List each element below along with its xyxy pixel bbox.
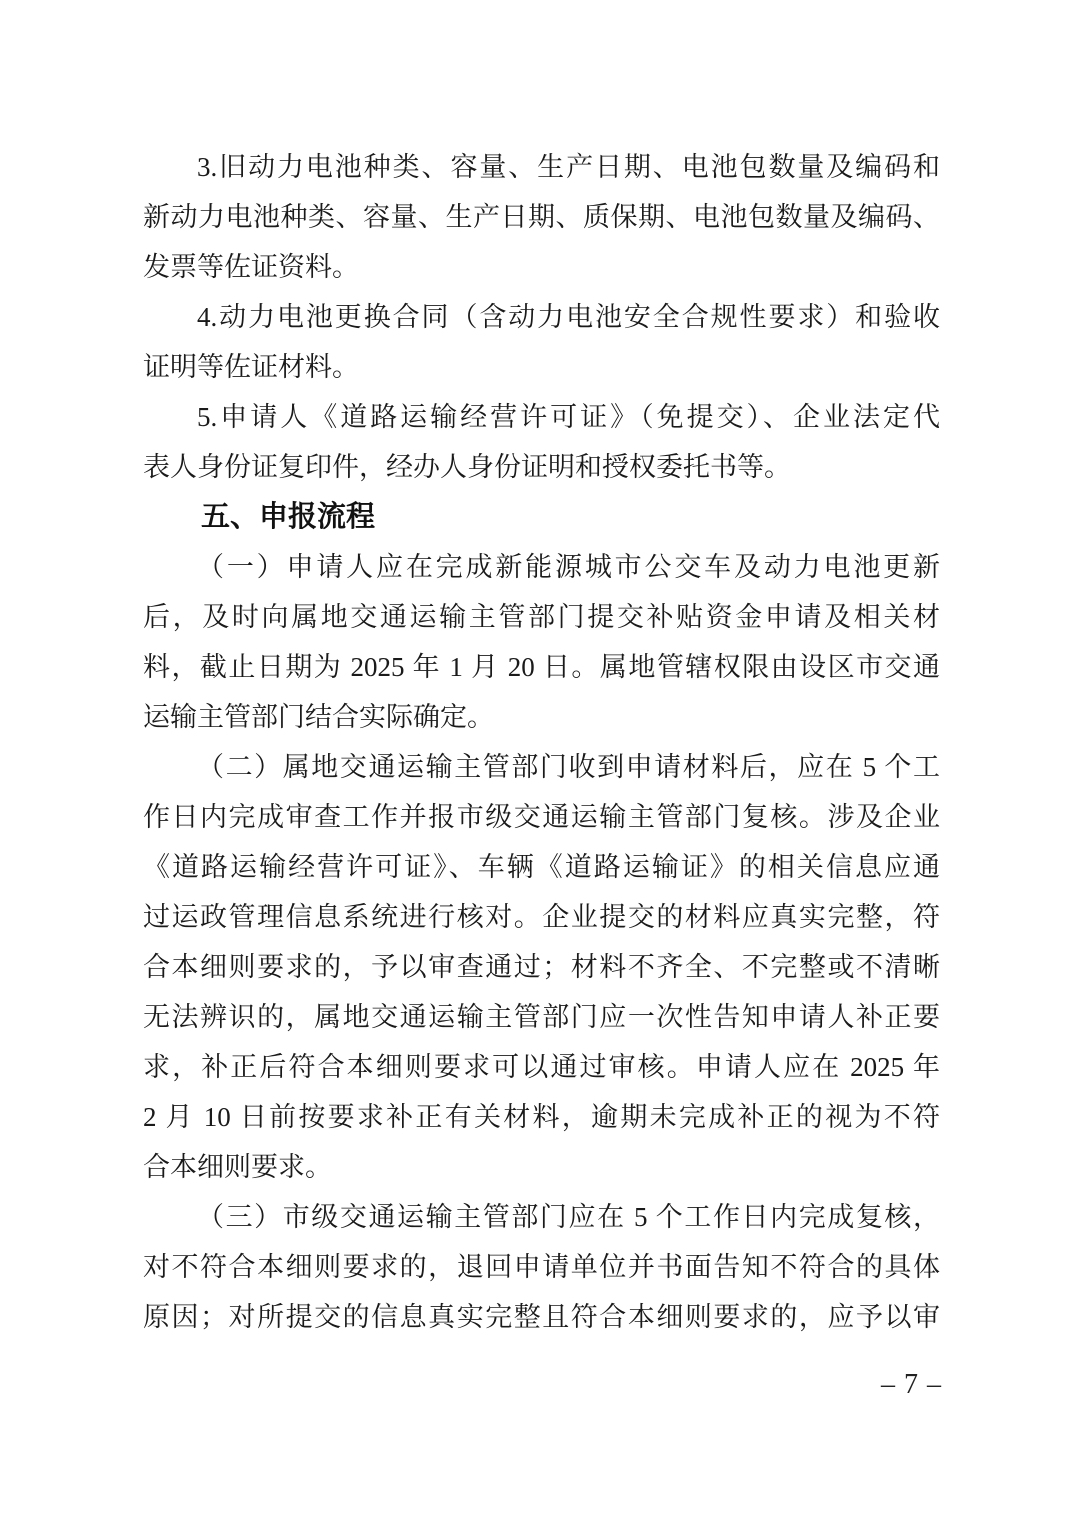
paragraph-list-item-3: 3.旧动力电池种类、容量、生产日期、电池包数量及编码和 新动力电池种类、容量、生…	[143, 142, 940, 292]
text-line: 过运政管理信息系统进行核对。企业提交的材料应真实完整，符	[143, 892, 940, 942]
text-line: 2 月 10 日前按要求补正有关材料，逾期未完成补正的视为不符	[143, 1092, 940, 1142]
text-line: 发票等佐证资料。	[143, 242, 940, 292]
paragraph-er: （二）属地交通运输主管部门收到申请材料后，应在 5 个工 作日内完成审查工作并报…	[143, 742, 940, 1192]
text-line: （二）属地交通运输主管部门收到申请材料后，应在 5 个工	[143, 742, 940, 792]
text-line: 《道路运输经营许可证》、车辆《道路运输证》的相关信息应通	[143, 842, 940, 892]
text-line: （一）申请人应在完成新能源城市公交车及动力电池更新	[143, 542, 940, 592]
text-line: 原因；对所提交的信息真实完整且符合本细则要求的，应予以审	[143, 1292, 940, 1342]
text-line: 作日内完成审查工作并报市级交通运输主管部门复核。涉及企业	[143, 792, 940, 842]
page-number: – 7 –	[881, 1370, 942, 1400]
text-line: （三）市级交通运输主管部门应在 5 个工作日内完成复核，	[143, 1192, 940, 1242]
text-line: 对不符合本细则要求的，退回申请单位并书面告知不符合的具体	[143, 1242, 940, 1292]
paragraph-san: （三）市级交通运输主管部门应在 5 个工作日内完成复核， 对不符合本细则要求的，…	[143, 1192, 940, 1342]
paragraph-list-item-4: 4.动力电池更换合同（含动力电池安全合规性要求）和验收 证明等佐证材料。	[143, 292, 940, 392]
text-line: 5.申请人《道路运输经营许可证》（免提交）、企业法定代	[143, 392, 940, 442]
text-line: 合本细则要求的，予以审查通过；材料不齐全、不完整或不清晰	[143, 942, 940, 992]
text-line: 无法辨识的，属地交通运输主管部门应一次性告知申请人补正要	[143, 992, 940, 1042]
text-line: 料，截止日期为 2025 年 1 月 20 日。属地管辖权限由设区市交通	[143, 642, 940, 692]
section-heading: 五、申报流程	[143, 492, 940, 542]
text-line: 新动力电池种类、容量、生产日期、质保期、电池包数量及编码、	[143, 192, 940, 242]
text-line: 合本细则要求。	[143, 1142, 940, 1192]
document-page: 3.旧动力电池种类、容量、生产日期、电池包数量及编码和 新动力电池种类、容量、生…	[0, 0, 1074, 1520]
text-line: 求，补正后符合本细则要求可以通过审核。申请人应在 2025 年	[143, 1042, 940, 1092]
paragraph-list-item-5: 5.申请人《道路运输经营许可证》（免提交）、企业法定代 表人身份证复印件，经办人…	[143, 392, 940, 492]
text-line: 4.动力电池更换合同（含动力电池安全合规性要求）和验收	[143, 292, 940, 342]
text-line: 证明等佐证材料。	[143, 342, 940, 392]
text-line: 后，及时向属地交通运输主管部门提交补贴资金申请及相关材	[143, 592, 940, 642]
text-line: 3.旧动力电池种类、容量、生产日期、电池包数量及编码和	[143, 142, 940, 192]
text-line: 运输主管部门结合实际确定。	[143, 692, 940, 742]
text-line: 表人身份证复印件，经办人身份证明和授权委托书等。	[143, 442, 940, 492]
paragraph-yi: （一）申请人应在完成新能源城市公交车及动力电池更新 后，及时向属地交通运输主管部…	[143, 542, 940, 742]
document-body: 3.旧动力电池种类、容量、生产日期、电池包数量及编码和 新动力电池种类、容量、生…	[143, 142, 940, 1342]
